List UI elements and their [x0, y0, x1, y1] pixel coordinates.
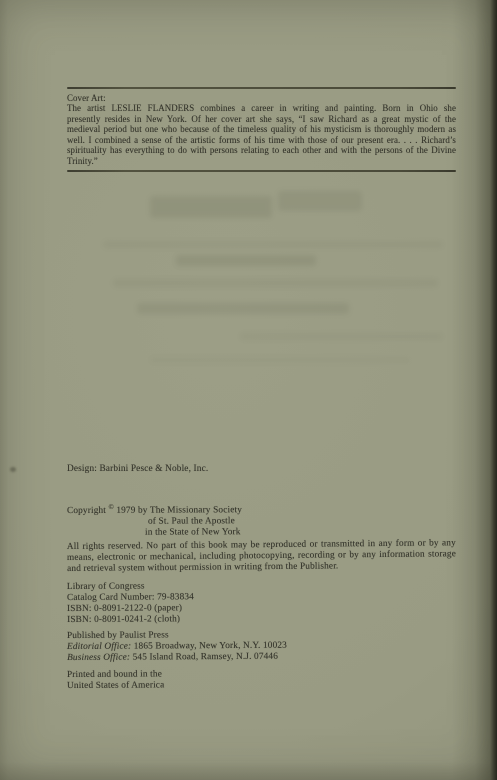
cover-art-line: Trinity.”: [67, 156, 456, 166]
showthrough-smudge: [176, 255, 316, 266]
design-credit: Design: Barbini Pesce & Noble, Inc.: [67, 464, 208, 475]
cover-art-section: Cover Art: The artist LESLIE FLANDERS co…: [67, 93, 456, 166]
showthrough-smudge: [113, 279, 438, 287]
showthrough-smudge: [240, 333, 443, 340]
business-office-value: 545 Island Road, Ramsey, N.J. 07446: [133, 652, 278, 663]
cover-art-line: spirituality has everything to do with p…: [67, 145, 456, 155]
printed-line: Printed and bound in the: [67, 669, 164, 681]
paper-speck: [10, 467, 16, 472]
printed-block: Printed and bound in the United States o…: [67, 669, 164, 692]
showthrough-smudge: [137, 303, 349, 314]
divider-top: [67, 87, 456, 89]
editorial-office-value: 1865 Broadway, New York, N.Y. 10023: [134, 641, 287, 652]
copyright-word: Copyright: [67, 506, 106, 516]
printed-line: United States of America: [67, 680, 164, 692]
business-office-line: Business Office: 545 Island Road, Ramsey…: [67, 652, 287, 664]
showthrough-smudge: [103, 241, 443, 248]
showthrough-smudge: [278, 191, 362, 211]
divider-bottom: [67, 170, 456, 172]
library-of-congress-block: Library of Congress Catalog Card Number:…: [67, 581, 194, 626]
editorial-office-label: Editorial Office:: [67, 642, 131, 652]
loc-line: Library of Congress: [67, 581, 194, 593]
rights-line: and retrieval system without permission …: [67, 560, 456, 575]
copyright-symbol: ©: [108, 503, 113, 511]
rights-block: All rights reserved. No part of this boo…: [67, 538, 456, 575]
cover-art-line: presently resides in New York. Of her co…: [67, 114, 456, 124]
showthrough-smudge: [150, 196, 272, 218]
cover-art-line: medieval period but one who because of t…: [67, 124, 456, 134]
publisher-block: Published by Paulist Press Editorial Off…: [67, 630, 287, 665]
business-office-label: Business Office:: [67, 653, 130, 663]
book-copyright-page: Cover Art: The artist LESLIE FLANDERS co…: [0, 0, 497, 780]
showthrough-smudge: [150, 357, 410, 363]
copyright-line: Copyright © 1979 by The Missionary Socie…: [67, 501, 242, 517]
isbn-cloth-line: ISBN: 0-8091-0241-2 (cloth): [67, 615, 194, 627]
copyright-block: Copyright © 1979 by The Missionary Socie…: [67, 501, 242, 539]
copyright-line: in the State of New York: [67, 527, 242, 539]
copyright-rest: 1979 by The Missionary Society: [116, 505, 242, 516]
cover-art-line: The artist LESLIE FLANDERS combines a ca…: [67, 103, 456, 113]
cover-art-label: Cover Art:: [67, 93, 456, 103]
cover-art-line: well. I combined a sense of the artistic…: [67, 135, 456, 145]
